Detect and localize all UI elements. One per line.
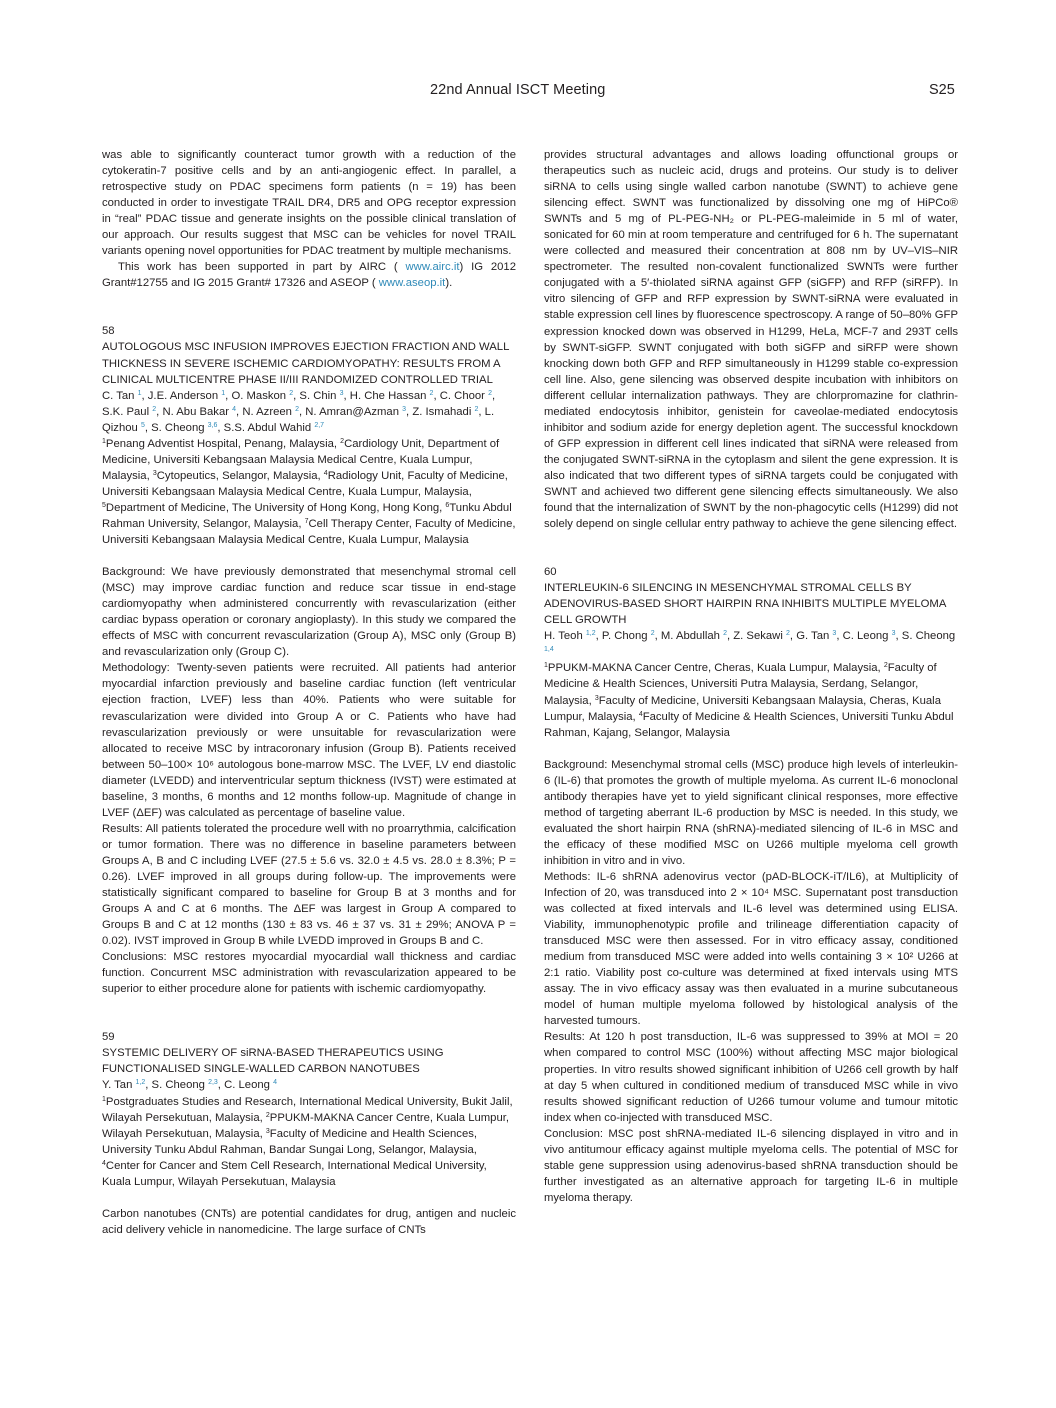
section-text: All patients tolerated the procedure wel… xyxy=(102,823,516,947)
running-header: 22nd Annual ISCT Meeting S25 xyxy=(0,82,1056,104)
author: N. Azreen xyxy=(242,406,292,418)
author-sup: 2 xyxy=(289,390,293,397)
affiliation: PPUKM-MAKNA Cancer Centre, Cheras, Kuala… xyxy=(548,662,881,674)
author-sup: 2 xyxy=(474,406,478,413)
affiliation: Department of Medicine, The University o… xyxy=(106,502,442,514)
abstract-body: Carbon nanotubes (CNTs) are potential ca… xyxy=(102,1206,516,1238)
section-text: IL-6 shRNA adenovirus vector (pAD-BLOCK-… xyxy=(544,871,958,1027)
abstract-number: 58 xyxy=(102,323,516,339)
author: G. Tan xyxy=(796,630,829,642)
ack-suffix: ). xyxy=(445,277,452,289)
author: H. Che Hassan xyxy=(350,390,427,402)
author: N. Abu Bakar xyxy=(162,406,229,418)
author-sup: 1,2 xyxy=(136,1079,146,1086)
section-text: MSC post shRNA-mediated IL-6 silencing d… xyxy=(544,1128,958,1204)
author-sup: 4 xyxy=(232,406,236,413)
section-label: Background: xyxy=(102,566,165,578)
acknowledgement: This work has been supported in part by … xyxy=(102,259,516,291)
section-conclusions: Conclusions: MSC restores myocardial myo… xyxy=(102,949,516,997)
continuation-text: was able to significantly counteract tum… xyxy=(102,147,516,259)
section-text: Twenty-seven patients were recruited. Al… xyxy=(102,662,516,818)
ack-prefix: This work has been supported in part by … xyxy=(118,261,398,273)
author-sup: 3 xyxy=(832,630,836,637)
author-sup: 3 xyxy=(340,390,344,397)
author-sup: 3,6 xyxy=(208,422,218,429)
section-text: Mesenchymal stromal cells (MSC) produce … xyxy=(544,759,958,867)
author-list: H. Teoh 1,2, P. Chong 2, M. Abdullah 2, … xyxy=(544,628,958,660)
author-sup: 2 xyxy=(430,390,434,397)
author-sup: 2 xyxy=(295,406,299,413)
author-sup: 5 xyxy=(141,422,145,429)
section-background: Background: Mesenchymal stromal cells (M… xyxy=(544,757,958,869)
author-list: C. Tan 1, J.E. Anderson 1, O. Maskon 2, … xyxy=(102,388,516,436)
author: H. Teoh xyxy=(544,630,583,642)
abstract-59: 59 SYSTEMIC DELIVERY OF siRNA-BASED THER… xyxy=(102,1029,516,1238)
section-results: Results: All patients tolerated the proc… xyxy=(102,821,516,949)
author-sup: 2,7 xyxy=(314,422,324,429)
section-label: Methods: xyxy=(544,871,590,883)
author: Z. Sekawi xyxy=(733,630,783,642)
affiliations: 1PPUKM-MAKNA Cancer Centre, Cheras, Kual… xyxy=(544,660,958,740)
affiliations: 1Penang Adventist Hospital, Penang, Mala… xyxy=(102,436,516,548)
author-sup: 4 xyxy=(273,1079,277,1086)
author-sup: 1 xyxy=(221,390,225,397)
section-label: Background: xyxy=(544,759,607,771)
author-sup: 2 xyxy=(651,630,655,637)
author: O. Maskon xyxy=(231,390,286,402)
airc-link[interactable]: www.airc.it xyxy=(406,261,460,273)
affiliation: Center for Cancer and Stem Cell Research… xyxy=(102,1160,487,1188)
right-column: provides structural advantages and allow… xyxy=(544,147,958,1206)
author: N. Amran@Azman xyxy=(305,406,399,418)
affiliation: Penang Adventist Hospital, Penang, Malay… xyxy=(106,438,337,450)
left-column: was able to significantly counteract tum… xyxy=(102,147,516,1238)
abstract-58: 58 AUTOLOGOUS MSC INFUSION IMPROVES EJEC… xyxy=(102,323,516,997)
section-methods: Methods: IL-6 shRNA adenovirus vector (p… xyxy=(544,869,958,1029)
section-label: Conclusions: xyxy=(102,951,167,963)
author-sup: 3 xyxy=(892,630,896,637)
page-number: S25 xyxy=(929,82,955,98)
author: P. Chong xyxy=(602,630,648,642)
section-label: Conclusion: xyxy=(544,1128,603,1140)
author: C. Tan xyxy=(102,390,134,402)
section-methodology: Methodology: Twenty-seven patients were … xyxy=(102,660,516,820)
author: S. Chin xyxy=(299,390,336,402)
abstract-number: 59 xyxy=(102,1029,516,1045)
abstract-title: SYSTEMIC DELIVERY OF siRNA-BASED THERAPE… xyxy=(102,1045,516,1077)
author-sup: 2 xyxy=(723,630,727,637)
section-label: Results: xyxy=(544,1031,585,1043)
section-conclusion: Conclusion: MSC post shRNA-mediated IL-6… xyxy=(544,1126,958,1206)
author: C. Leong xyxy=(224,1079,270,1091)
section-background: Background: We have previously demonstra… xyxy=(102,564,516,660)
affiliation: Cytopeutics, Selangor, Malaysia, xyxy=(157,470,321,482)
aseop-link[interactable]: www.aseop.it xyxy=(379,277,446,289)
author: Z. Ismahadi xyxy=(412,406,471,418)
author-sup: 1 xyxy=(138,390,142,397)
author: S. Cheong xyxy=(902,630,955,642)
author: S.K. Paul xyxy=(102,406,149,418)
abstract-title: AUTOLOGOUS MSC INFUSION IMPROVES EJECTIO… xyxy=(102,339,516,387)
section-label: Methodology: xyxy=(102,662,170,674)
author: C. Leong xyxy=(843,630,889,642)
author-sup: 3 xyxy=(402,406,406,413)
author: Y. Tan xyxy=(102,1079,132,1091)
journal-title: 22nd Annual ISCT Meeting xyxy=(430,82,605,98)
author: S. Cheong xyxy=(152,1079,205,1091)
author-sup: 2 xyxy=(786,630,790,637)
author: J.E. Anderson xyxy=(148,390,218,402)
author-sup: 2,3 xyxy=(208,1079,218,1086)
abstract-59-body-continued: provides structural advantages and allow… xyxy=(544,147,958,532)
section-text: We have previously demonstrated that mes… xyxy=(102,566,516,658)
section-label: Results: xyxy=(102,823,143,835)
author: S.S. Abdul Wahid xyxy=(224,422,312,434)
author: M. Abdullah xyxy=(661,630,720,642)
author: C. Choor xyxy=(440,390,485,402)
author-sup: 1,2 xyxy=(586,630,596,637)
section-results: Results: At 120 h post transduction, IL-… xyxy=(544,1029,958,1125)
author-sup: 1,4 xyxy=(544,646,554,653)
author: S. Cheong xyxy=(151,422,204,434)
author-list: Y. Tan 1,2, S. Cheong 2,3, C. Leong 4 xyxy=(102,1077,516,1093)
abstract-60: 60 INTERLEUKIN-6 SILENCING IN MESENCHYMA… xyxy=(544,564,958,1206)
abstract-title: INTERLEUKIN-6 SILENCING IN MESENCHYMAL S… xyxy=(544,580,958,628)
affiliations: 1Postgraduates Studies and Research, Int… xyxy=(102,1094,516,1190)
abstract-number: 60 xyxy=(544,564,958,580)
author-sup: 2 xyxy=(488,390,492,397)
section-text: At 120 h post transduction, IL-6 was sup… xyxy=(544,1031,958,1123)
author-sup: 2 xyxy=(152,406,156,413)
